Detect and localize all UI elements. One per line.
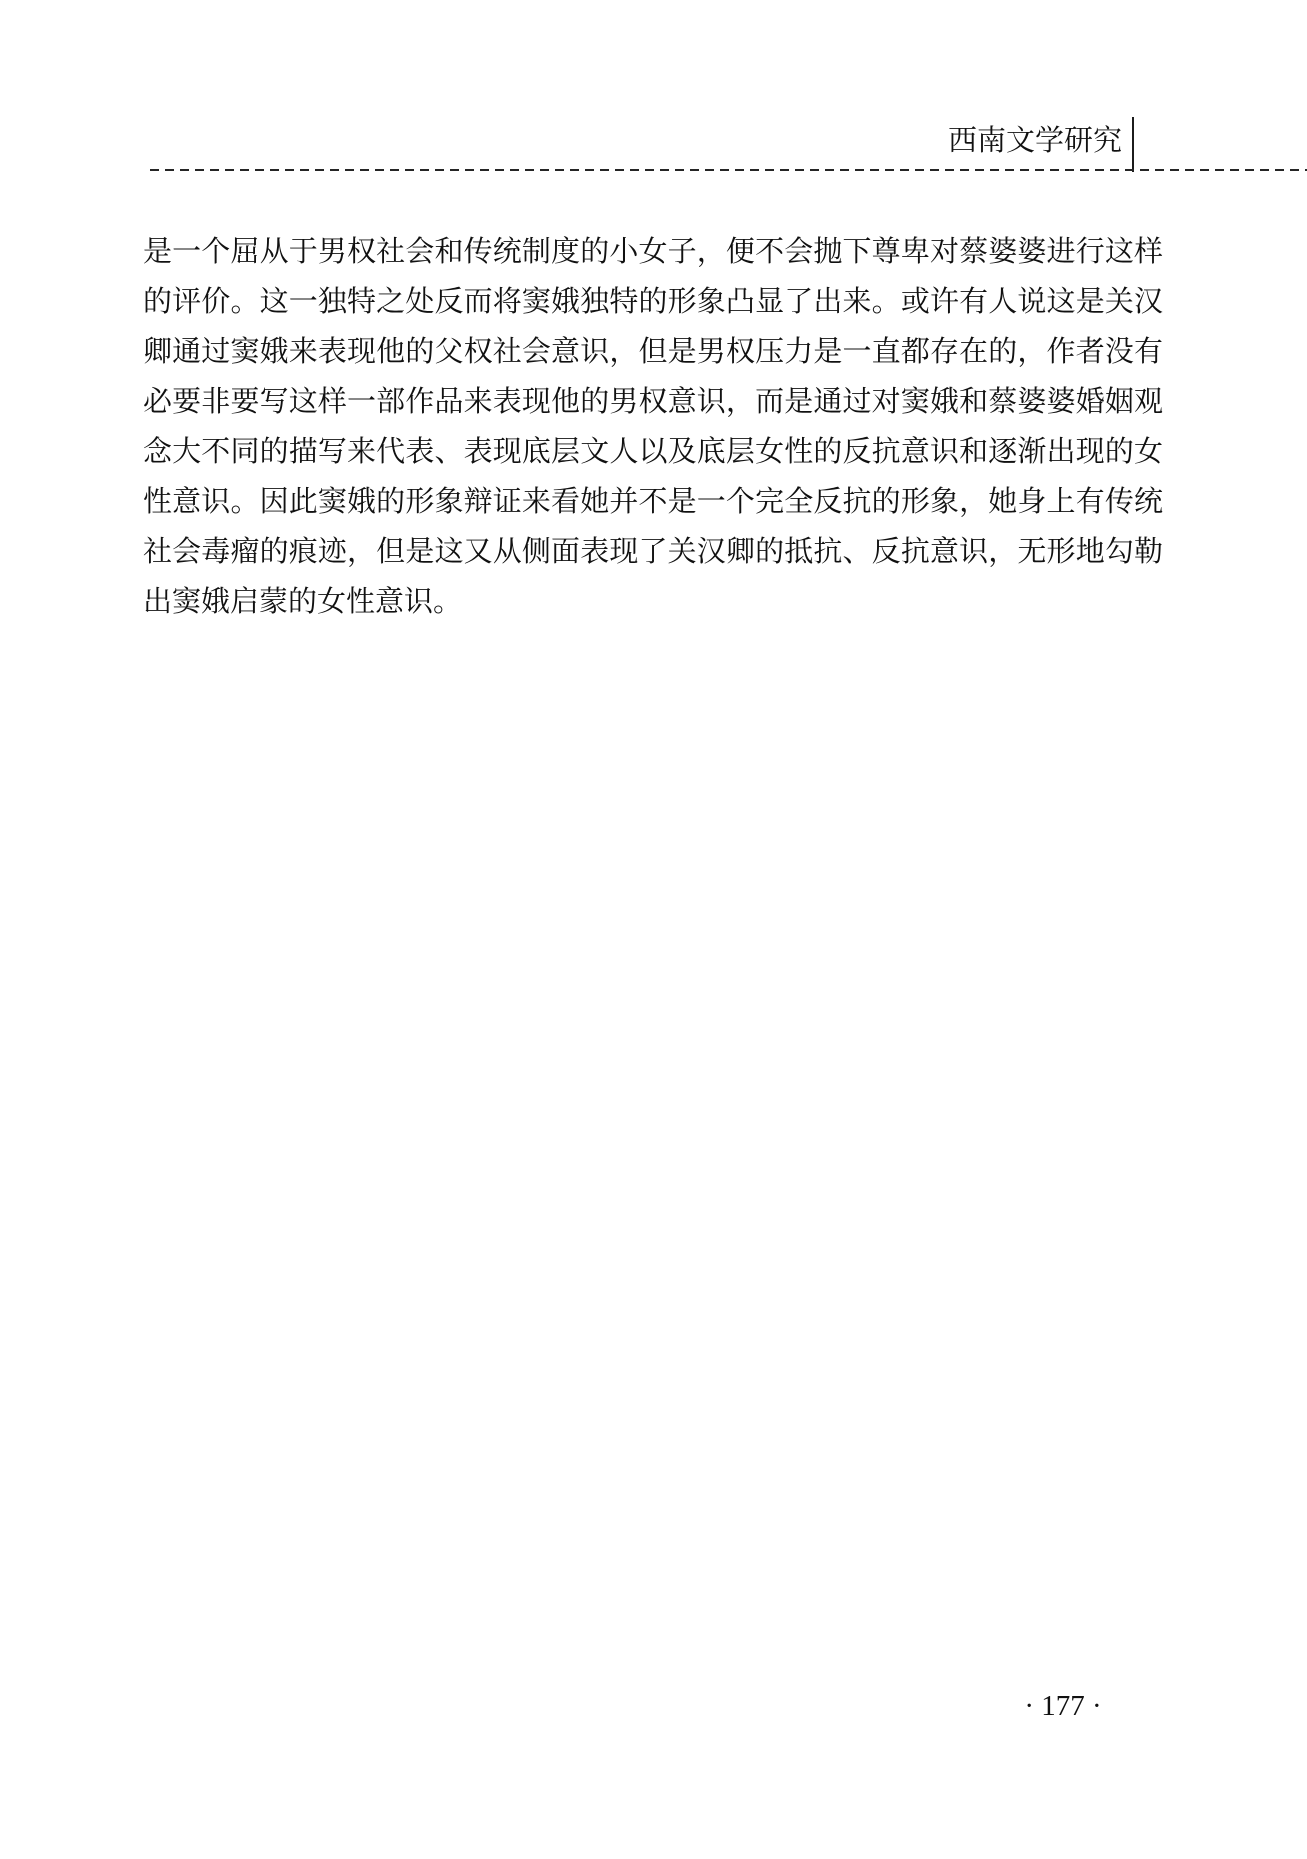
header-divider-bar bbox=[1132, 117, 1134, 172]
paragraph-line: 社会毒瘤的痕迹，但是这又从侧面表现了关汉卿的抵抗、反抗意识，无形地勾勒 bbox=[143, 527, 1163, 577]
paragraph-line: 性意识。因此窦娥的形象辩证来看她并不是一个完全反抗的形象，她身上有传统 bbox=[143, 477, 1163, 527]
paragraph-line: 是一个屈从于男权社会和传统制度的小女子，便不会抛下尊卑对蔡婆婆进行这样 bbox=[143, 227, 1163, 277]
paragraph-line: 的评价。这一独特之处反而将窦娥独特的形象凸显了出来。或许有人说这是关汉 bbox=[143, 277, 1163, 327]
document-page: 西南文学研究 是一个屈从于男权社会和传统制度的小女子，便不会抛下尊卑对蔡婆婆进行… bbox=[0, 0, 1307, 1859]
paragraph-line: 必要非要写这样一部作品来表现他的男权意识，而是通过对窦娥和蔡婆婆婚姻观 bbox=[143, 377, 1163, 427]
paragraph-line: 卿通过窦娥来表现他的父权社会意识，但是男权压力是一直都存在的，作者没有 bbox=[143, 327, 1163, 377]
page-number: · 177 · bbox=[1008, 1688, 1118, 1724]
body-paragraph: 是一个屈从于男权社会和传统制度的小女子，便不会抛下尊卑对蔡婆婆进行这样 的评价。… bbox=[143, 227, 1163, 627]
journal-title: 西南文学研究 bbox=[948, 121, 1120, 161]
paragraph-line: 出窦娥启蒙的女性意识。 bbox=[143, 577, 1163, 627]
header-dashed-rule bbox=[150, 169, 1307, 171]
paragraph-line: 念大不同的描写来代表、表现底层文人以及底层女性的反抗意识和逐渐出现的女 bbox=[143, 427, 1163, 477]
